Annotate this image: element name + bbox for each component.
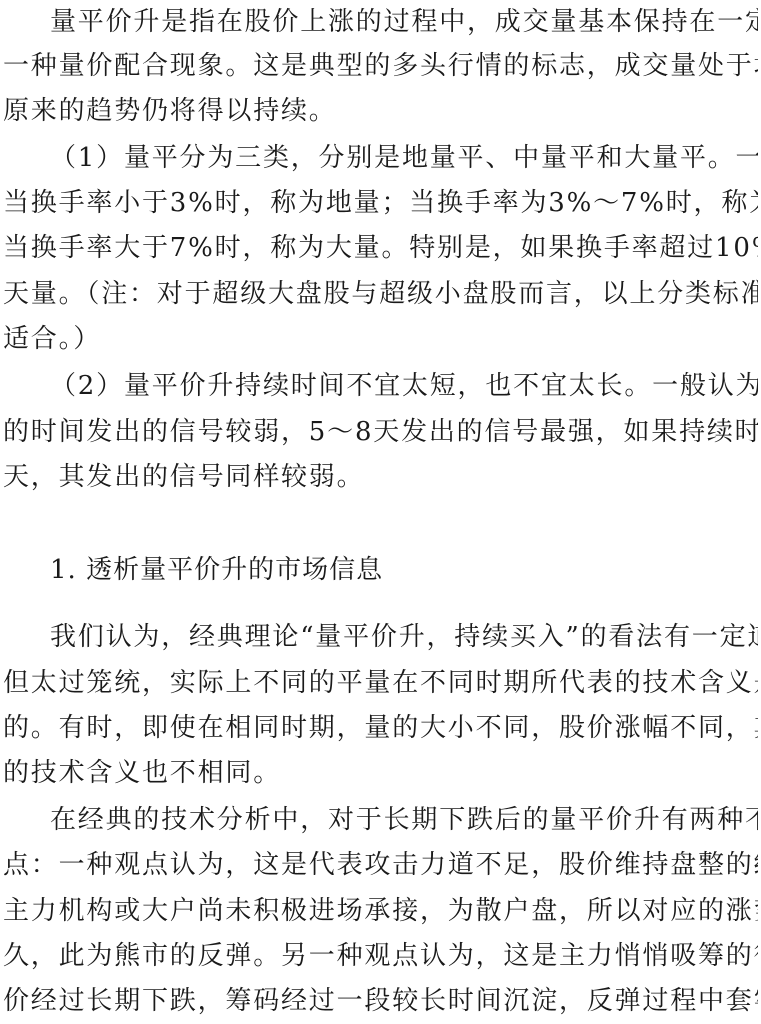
paragraph-point1-line-1: （1）量平分为三类，分别是地量平、中量平和大量平。一般地， [50,142,758,174]
paragraph-analysis2-line-2: 点：一种观点认为，这是代表攻击力道不足，股价维持盘整的结构。即 [3,849,758,881]
section-heading: 1. 透析量平价升的市场信息 [50,554,450,586]
paragraph-point1-line-5: 适合。） [3,323,758,355]
paragraph-analysis1-line-3: 的。有时，即使在相同时期，量的大小不同，股价涨幅不同，其所代表 [3,712,758,744]
paragraph-analysis1-line-4: 的技术含义也不相同。 [3,757,758,789]
paragraph-point2-line-2: 的时间发出的信号较弱，5～8天发出的信号最强，如果持续时间超过10 [3,416,758,448]
paragraph-point1-line-3: 当换手率大于7%时，称为大量。特别是，如果换手率超过10%则称为 [3,232,758,264]
paragraph-point2-line-3: 天，其发出的信号同样较弱。 [3,461,758,493]
paragraph-point1-line-2: 当换手率小于3%时，称为地量；当换手率为3%～7%时，称为中量； [3,187,758,219]
paragraph-intro-line-1: 量平价升是指在股价上涨的过程中，成交量基本保持在一定水平的 [50,6,758,38]
paragraph-analysis2-line-4: 久，此为熊市的反弹。另一种观点认为，这是主力悄悄吸筹的征兆，股 [3,940,758,972]
paragraph-analysis2-line-1: 在经典的技术分析中，对于长期下跌后的量平价升有两种不同的观 [50,804,758,836]
paragraph-point1-line-4: 天量。（注：对于超级大盘股与超级小盘股而言，以上分类标准不 [3,278,758,310]
paragraph-intro-line-2: 一种量价配合现象。这是典型的多头行情的标志，成交量处于均衡状态， [3,50,758,82]
document-page: 量平价升是指在股价上涨的过程中，成交量基本保持在一定水平的 一种量价配合现象。这… [0,0,761,1024]
paragraph-analysis2-line-5: 价经过长期下跌，筹码经过一段较长时间沉淀，反弹过程中套牢筹码早 [3,985,758,1017]
paragraph-analysis2-line-3: 主力机构或大户尚未积极进场承接，为散户盘，所以对应的涨势不会持 [3,895,758,927]
paragraph-analysis1-line-1: 我们认为，经典理论“量平价升，持续买入”的看法有一定道理， [50,621,758,653]
paragraph-point2-line-1: （2）量平价升持续时间不宜太短，也不宜太长。一般认为2～3天 [50,370,758,402]
paragraph-intro-line-3: 原来的趋势仍将得以持续。 [3,95,758,127]
paragraph-analysis1-line-2: 但太过笼统，实际上不同的平量在不同时期所代表的技术含义是不一样 [3,667,758,699]
